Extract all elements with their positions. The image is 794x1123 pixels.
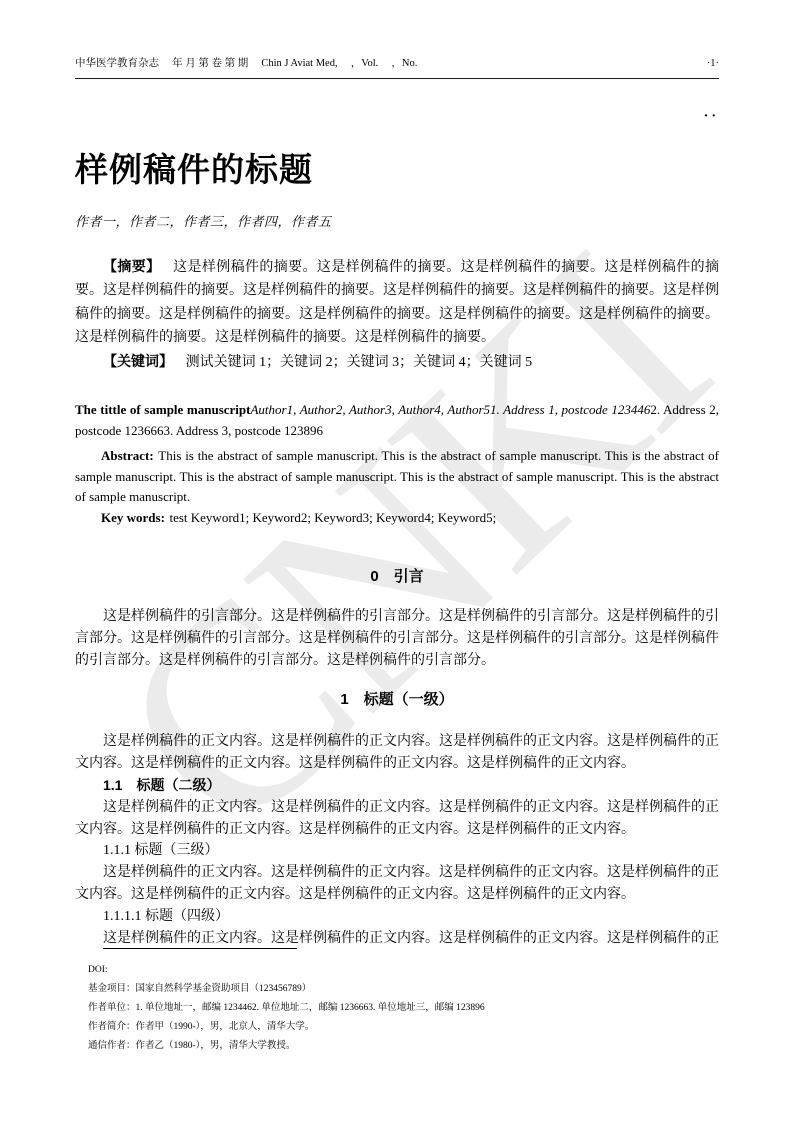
paragraph-level3: 这是样例稿件的正文内容。这是样例稿件的正文内容。这是样例稿件的正文内容。这是样例… [75,862,719,906]
section-heading-level1: 1 标题（一级） [75,689,719,711]
en-abstract-text: This is the abstract of sample manuscrip… [75,448,719,504]
en-title-text: The tittle of sample manuscript [75,402,250,417]
keywords-zh-paragraph: 【关键词】测试关键词 1；关键词 2；关键词 3；关键词 4；关键词 5 [75,350,719,374]
section-heading-intro: 0 引言 [75,566,719,588]
en-title-paragraph: The tittle of sample manuscriptAuthor1, … [75,400,719,441]
en-keywords-paragraph: Key words:test Keyword1; Keyword2; Keywo… [75,508,719,529]
page-header: 中华医学教育杂志 年 月 第 卷 第 期 Chin J Aviat Med, ，… [75,0,719,79]
keywords-zh-text: 测试关键词 1；关键词 2；关键词 3；关键词 4；关键词 5 [186,355,533,370]
abstract-zh-paragraph: 【摘要】这是样例稿件的摘要。这是样例稿件的摘要。这是样例稿件的摘要。这是样例稿件… [75,255,719,350]
english-block: The tittle of sample manuscriptAuthor1, … [75,400,719,528]
manuscript-title: 样例稿件的标题 [75,149,719,191]
en-keywords-text: test Keyword1; Keyword2; Keyword3; Keywo… [169,510,496,525]
author-list: 作者一，作者二，作者三，作者四，作者五 [75,213,719,231]
footnotes: DOI: 基金项目：国家自然科学基金资助项目（123456789） 作者单位：1… [75,948,719,1056]
section-heading-level4: 1.1.1.1 标题（四级） [75,906,719,928]
footnote-separator [103,948,297,949]
abstract-zh-label: 【摘要】 [103,258,161,274]
affiliation-line: 作者单位：1. 单位地址一，邮编 1234462. 单位地址二，邮编 12366… [75,999,719,1018]
en-abstract-label: Abstract: [101,448,154,463]
en-abstract-paragraph: Abstract:This is the abstract of sample … [75,446,719,508]
section-heading-level3: 1.1.1 标题（三级） [75,840,719,862]
page: CNKI 中华医学教育杂志 年 月 第 卷 第 期 Chin J Aviat M… [0,0,794,1123]
paragraph-level2: 这是样例稿件的正文内容。这是样例稿件的正文内容。这是样例稿件的正文内容。这是样例… [75,797,719,841]
page-number: ·1· [707,57,719,70]
en-keywords-label: Key words: [101,510,165,525]
keywords-zh-label: 【关键词】 [103,353,173,369]
paragraph-intro: 这是样例稿件的引言部分。这是样例稿件的引言部分。这是样例稿件的引言部分。这是样例… [75,606,719,671]
page-content: 中华医学教育杂志 年 月 第 卷 第 期 Chin J Aviat Med, ，… [0,0,794,949]
funding-line: 基金项目：国家自然科学基金资助项目（123456789） [75,980,719,999]
doi-line: DOI: [75,961,719,980]
journal-info: 中华医学教育杂志 年 月 第 卷 第 期 Chin J Aviat Med, ，… [75,57,417,70]
paragraph-level1: 这是样例稿件的正文内容。这是样例稿件的正文内容。这是样例稿件的正文内容。这是样例… [75,731,719,775]
paragraph-level4: 这是样例稿件的正文内容。这是样例稿件的正文内容。这是样例稿件的正文内容。这是样例… [75,928,719,950]
abstract-zh-block: 【摘要】这是样例稿件的摘要。这是样例稿件的摘要。这是样例稿件的摘要。这是样例稿件… [75,255,719,374]
placeholder-dots: ·· [75,109,719,125]
corresponding-author-line: 通信作者：作者乙（1980-），男，清华大学教授。 [75,1037,719,1056]
abstract-zh-text: 这是样例稿件的摘要。这是样例稿件的摘要。这是样例稿件的摘要。这是样例稿件的摘要。… [75,260,719,345]
section-heading-level2: 1.1 标题（二级） [75,775,719,797]
en-authors-text: Author1, Author2, Author3, Author4, Auth… [250,402,650,417]
biography-line: 作者简介：作者甲（1990-），男，北京人，清华大学。 [75,1018,719,1037]
